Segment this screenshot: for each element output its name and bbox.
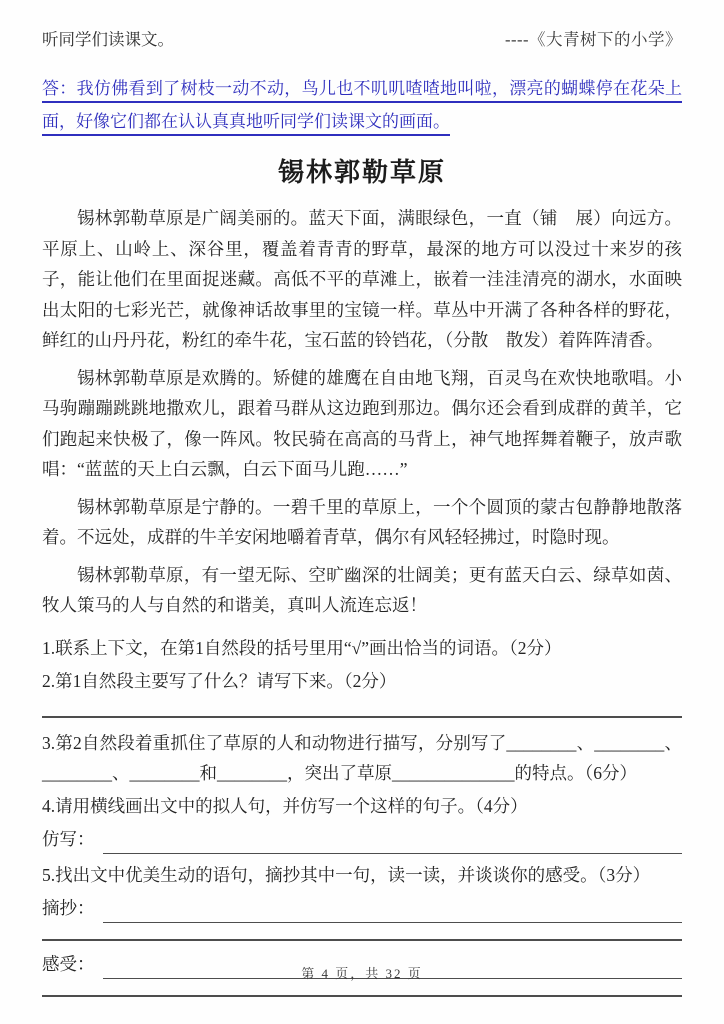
imitation-write-line [103, 830, 683, 854]
question-1: 1.联系上下文，在第1自然段的括号里用“√”画出恰当的词语。（2分） [42, 633, 682, 663]
question-2: 2.第1自然段主要写了什么？请写下来。（2分） [42, 666, 682, 696]
passage-paragraph-1: 锡林郭勒草原是广阔美丽的。蓝天下面，满眼绿色，一直（铺 展）向远方。平原上、山岭… [42, 203, 682, 356]
carryover-question-text: 听同学们读课文。 [42, 26, 174, 50]
page-header: 听同学们读课文。 ----《大青树下的小学》 [42, 26, 682, 50]
passage-title: 锡林郭勒草原 [42, 152, 682, 189]
question-3: 3.第2自然段着重抓住了草原的人和动物进行描写，分别写了________、___… [42, 728, 682, 788]
passage-paragraph-4: 锡林郭勒草原，有一望无际、空旷幽深的壮阔美；更有蓝天白云、绿草如茵、牧人策马的人… [42, 560, 682, 621]
question-5: 5.找出文中优美生动的语句，摘抄其中一句，读一读，并谈谈你的感受。（3分） [42, 860, 682, 890]
page-number-indicator: 第 4 页，共 32 页 [0, 963, 724, 982]
answer-blank-line [42, 716, 682, 718]
question-section: 1.联系上下文，在第1自然段的括号里用“√”画出恰当的词语。（2分） 2.第1自… [42, 633, 682, 997]
answer-blank-line-2 [42, 939, 682, 941]
imitation-label: 仿写： [42, 824, 103, 854]
answer-blank-line-3 [42, 995, 682, 997]
extract-answer-row: 摘抄： [42, 893, 682, 923]
passage-paragraph-3: 锡林郭勒草原是宁静的。一碧千里的草原上，一个个圆顶的蒙古包静静地散落着。不远处，… [42, 492, 682, 553]
passage-source-citation: ----《大青树下的小学》 [505, 26, 682, 50]
extract-label: 摘抄： [42, 893, 103, 923]
passage-paragraph-2: 锡林郭勒草原是欢腾的。矫健的雄鹰在自由地飞翔，百灵鸟在欢快地歌唱。小马驹蹦蹦跳跳… [42, 363, 682, 485]
student-written-answer: 答：我仿佛看到了树枝一动不动，鸟儿也不叽叽喳喳地叫啦，漂亮的蝴蝶停在花朵上面，好… [42, 72, 682, 138]
question-4: 4.请用横线画出文中的拟人句，并仿写一个这样的句子。（4分） [42, 791, 682, 821]
worksheet-page: 听同学们读课文。 ----《大青树下的小学》 答：我仿佛看到了树枝一动不动，鸟儿… [0, 0, 724, 1024]
imitation-answer-row: 仿写： [42, 824, 682, 854]
extract-write-line [103, 899, 683, 923]
